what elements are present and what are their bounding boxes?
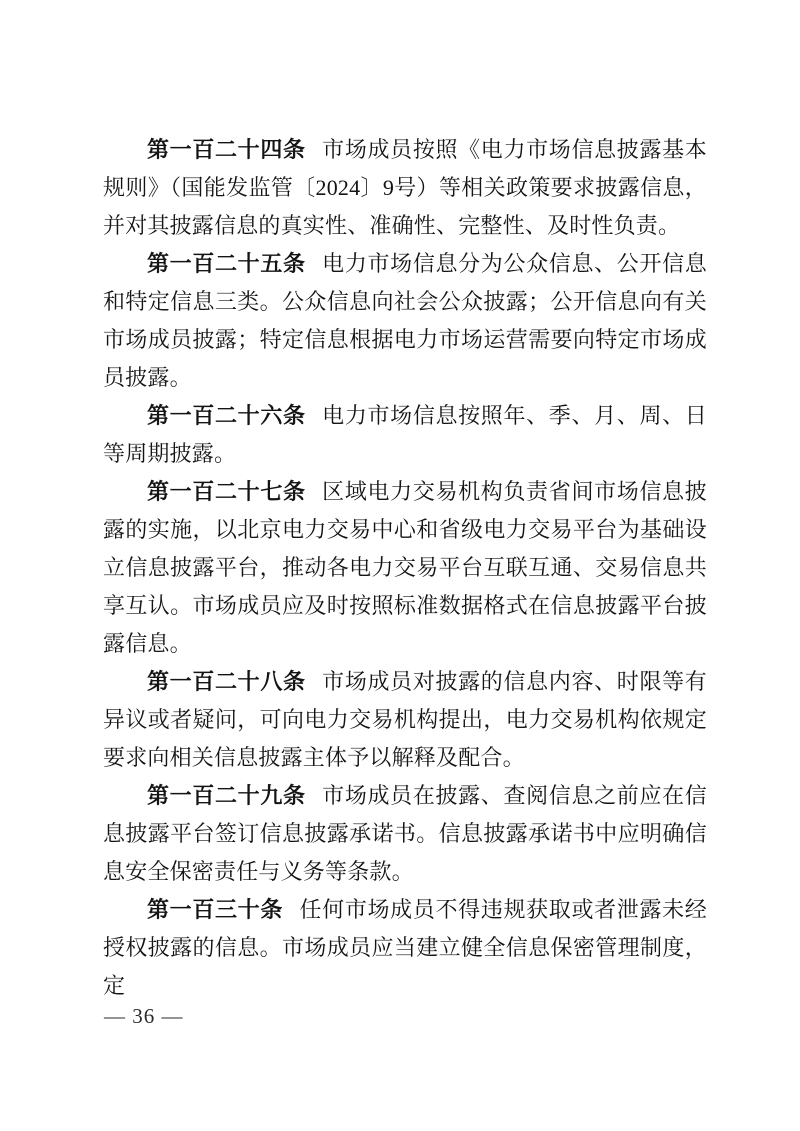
article-number: 第一百二十六条 bbox=[147, 403, 322, 428]
page-number: — 36 — bbox=[104, 1004, 184, 1028]
article-number: 第一百二十九条 bbox=[147, 783, 322, 808]
document-body: 第一百二十四条市场成员按照《电力市场信息披露基本规则》（国能发监管〔2024〕9… bbox=[103, 131, 707, 1005]
article-text: 区域电力交易机构负责省间市场信息披露的实施，以北京电力交易中心和省级电力交易平台… bbox=[103, 479, 707, 656]
article-number: 第一百二十四条 bbox=[147, 137, 322, 162]
article-paragraph: 第一百三十条任何市场成员不得违规获取或者泄露未经授权披露的信息。市场成员应当建立… bbox=[103, 891, 707, 1005]
article-paragraph: 第一百二十五条电力市场信息分为公众信息、公开信息和特定信息三类。公众信息向社会公… bbox=[103, 245, 707, 397]
article-number: 第一百三十条 bbox=[147, 897, 300, 922]
article-paragraph: 第一百二十七条区域电力交易机构负责省间市场信息披露的实施，以北京电力交易中心和省… bbox=[103, 473, 707, 663]
article-number: 第一百二十五条 bbox=[147, 251, 322, 276]
article-paragraph: 第一百二十八条市场成员对披露的信息内容、时限等有异议或者疑问，可向电力交易机构提… bbox=[103, 663, 707, 777]
article-paragraph: 第一百二十九条市场成员在披露、查阅信息之前应在信息披露平台签订信息披露承诺书。信… bbox=[103, 777, 707, 891]
article-paragraph: 第一百二十四条市场成员按照《电力市场信息披露基本规则》（国能发监管〔2024〕9… bbox=[103, 131, 707, 245]
article-number: 第一百二十七条 bbox=[147, 479, 322, 504]
article-paragraph: 第一百二十六条电力市场信息按照年、季、月、周、日等周期披露。 bbox=[103, 397, 707, 473]
article-number: 第一百二十八条 bbox=[147, 669, 322, 694]
document-page: 第一百二十四条市场成员按照《电力市场信息披露基本规则》（国能发监管〔2024〕9… bbox=[0, 0, 800, 1131]
page-footer: — 36 — bbox=[104, 1001, 184, 1031]
